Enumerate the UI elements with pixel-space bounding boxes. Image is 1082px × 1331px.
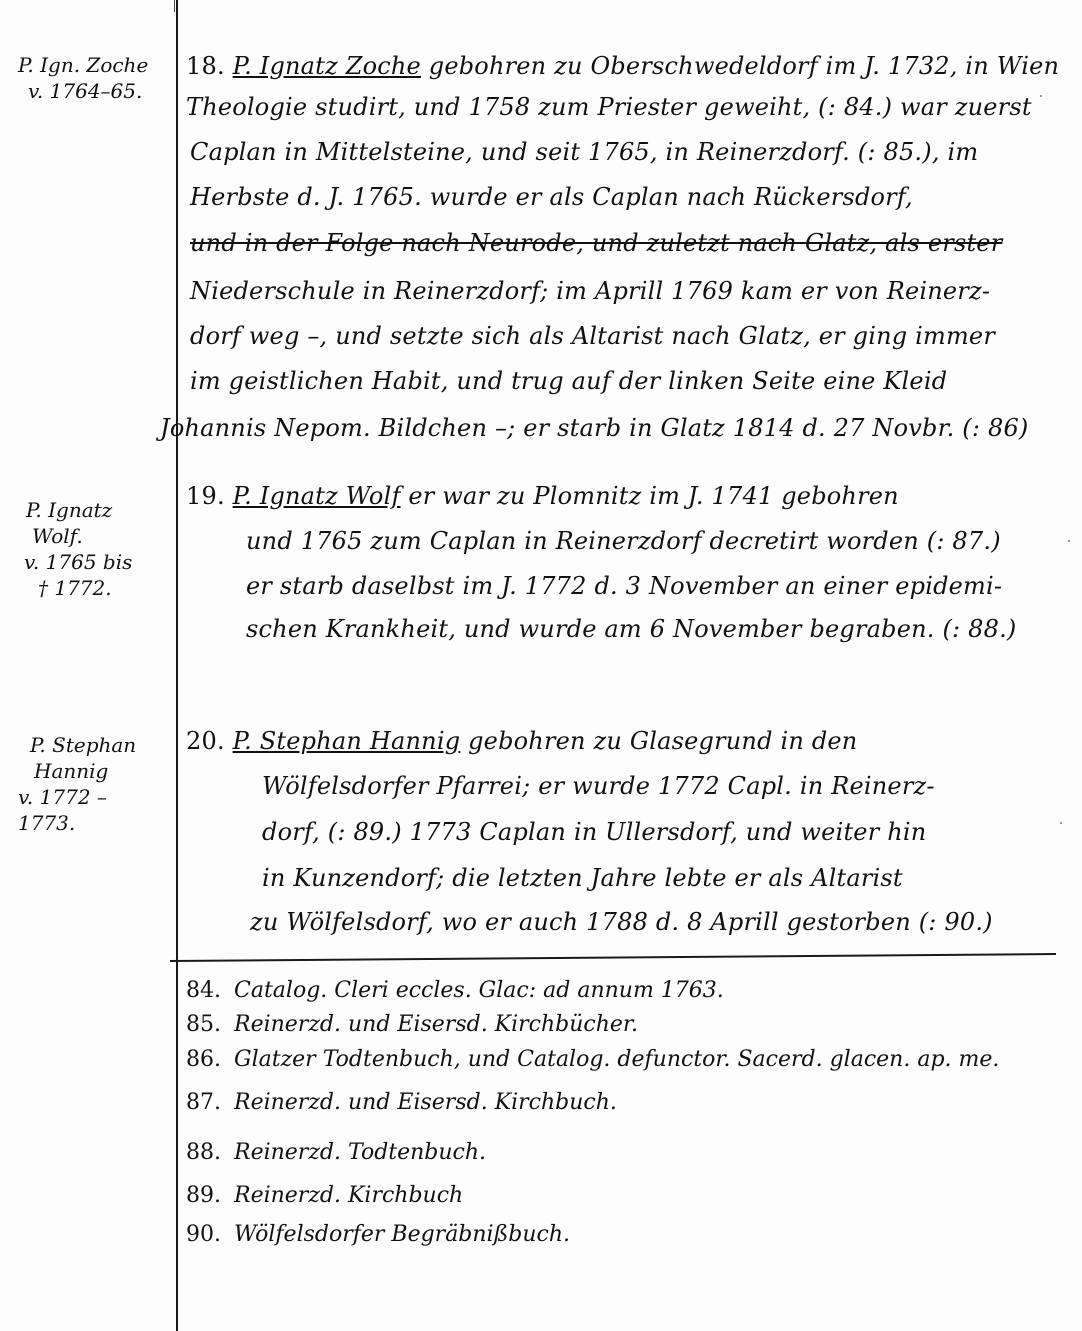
footnote-84: 84.Catalog. Cleri eccles. Glac: ad annum… <box>186 978 724 1003</box>
entry-line-struck: und in der Folge nach Neurode, und zulet… <box>190 229 1002 257</box>
entry-title: P. Ignatz Wolf <box>233 482 401 510</box>
margin-rule-top <box>174 0 175 12</box>
entry-title: P. Stephan Hannig <box>233 727 461 755</box>
footnote-text: Glatzer Todtenbuch, und Catalog. defunct… <box>234 1047 999 1072</box>
entry-line: und 1765 zum Caplan in Reinerzdorf decre… <box>246 527 1001 555</box>
footnote-text: Reinerzd. und Eisersd. Kirchbuch. <box>234 1090 617 1115</box>
footnote-number: 90. <box>186 1222 234 1247</box>
margin-note-line: v. 1764–65. <box>18 78 168 104</box>
margin-note-line: P. Stephan <box>18 732 168 758</box>
entry-line: Theologie studirt, und 1758 zum Priester… <box>186 93 1032 121</box>
footnote-88: 88.Reinerzd. Todtenbuch. <box>186 1140 486 1165</box>
footnote-text: Reinerzd. Kirchbuch <box>234 1183 463 1208</box>
entry-line: schen Krankheit, und wurde am 6 November… <box>246 615 1016 643</box>
scan-speck <box>1040 95 1042 97</box>
scan-speck <box>60 740 62 742</box>
entry-line: er war zu Plomnitz im J. 1741 gebohren <box>408 482 898 510</box>
document-page: P. Ign. Zoche v. 1764–65. 18. P. Ignatz … <box>0 0 1082 1331</box>
entry-line: Johannis Nepom. Bildchen –; er starb in … <box>160 414 1028 442</box>
footnote-number: 84. <box>186 978 234 1003</box>
entry-line: im geistlichen Habit, und trug auf der l… <box>190 367 947 395</box>
footnote-text: Catalog. Cleri eccles. Glac: ad annum 17… <box>234 978 724 1003</box>
entry-19-heading: 19. P. Ignatz Wolf er war zu Plomnitz im… <box>186 482 899 510</box>
margin-note-20: P. Stephan Hannig v. 1772 – 1773. <box>18 732 168 836</box>
entry-line: dorf, (: 89.) 1773 Caplan in Ullersdorf,… <box>262 818 926 846</box>
margin-note-18: P. Ign. Zoche v. 1764–65. <box>18 52 168 104</box>
entry-line: Herbste d. J. 1765. wurde er als Caplan … <box>190 183 913 211</box>
footnote-number: 89. <box>186 1183 234 1208</box>
margin-note-line: † 1772. <box>18 575 168 601</box>
footnote-number: 85. <box>186 1012 234 1037</box>
margin-note-line: Hannig <box>18 758 168 784</box>
entry-number: 20. <box>186 727 225 755</box>
footnote-text: Reinerzd. Todtenbuch. <box>234 1140 486 1165</box>
margin-note-line: v. 1765 bis <box>18 549 168 575</box>
footnote-87: 87.Reinerzd. und Eisersd. Kirchbuch. <box>186 1090 617 1115</box>
entry-line: Niederschule in Reinerzdorf; im Aprill 1… <box>190 277 990 305</box>
scan-speck <box>1060 822 1062 824</box>
entry-line: Caplan in Mittelsteine, und seit 1765, i… <box>190 138 978 166</box>
footnote-number: 86. <box>186 1047 234 1072</box>
margin-note-line: v. 1772 – 1773. <box>18 784 168 836</box>
entry-number: 19. <box>186 482 225 510</box>
margin-note-line: Wolf. <box>18 523 168 549</box>
entry-number: 18. <box>186 52 225 80</box>
footnote-text: Reinerzd. und Eisersd. Kirchbücher. <box>234 1012 638 1037</box>
entry-line: gebohren zu Oberschwedeldorf im J. 1732,… <box>429 52 1059 80</box>
margin-note-19: P. Ignatz Wolf. v. 1765 bis † 1772. <box>18 497 168 601</box>
footnote-text: Wölfelsdorfer Begräbnißbuch. <box>234 1222 570 1247</box>
footnote-89: 89.Reinerzd. Kirchbuch <box>186 1183 463 1208</box>
entry-line: dorf weg –, und setzte sich als Altarist… <box>190 322 995 350</box>
footnote-86: 86.Glatzer Todtenbuch, und Catalog. defu… <box>186 1047 999 1072</box>
footnote-number: 88. <box>186 1140 234 1165</box>
margin-note-line: P. Ignatz <box>18 497 168 523</box>
margin-rule <box>176 0 178 1331</box>
entry-20-heading: 20. P. Stephan Hannig gebohren zu Glaseg… <box>186 727 857 755</box>
footnote-number: 87. <box>186 1090 234 1115</box>
entry-title: P. Ignatz Zoche <box>233 52 421 80</box>
scan-speck <box>1068 540 1070 542</box>
footnote-separator <box>170 953 1056 962</box>
footnote-85: 85.Reinerzd. und Eisersd. Kirchbücher. <box>186 1012 638 1037</box>
entry-line: in Kunzendorf; die letzten Jahre lebte e… <box>262 864 903 892</box>
margin-note-line: P. Ign. Zoche <box>18 52 168 78</box>
entry-18-heading: 18. P. Ignatz Zoche gebohren zu Oberschw… <box>186 52 1059 80</box>
footnote-90: 90.Wölfelsdorfer Begräbnißbuch. <box>186 1222 570 1247</box>
entry-line: Wölfelsdorfer Pfarrei; er wurde 1772 Cap… <box>262 772 935 800</box>
entry-line: gebohren zu Glasegrund in den <box>468 727 857 755</box>
entry-line: er starb daselbst im J. 1772 d. 3 Novemb… <box>246 572 1002 600</box>
entry-line: zu Wölfelsdorf, wo er auch 1788 d. 8 Apr… <box>250 908 993 936</box>
